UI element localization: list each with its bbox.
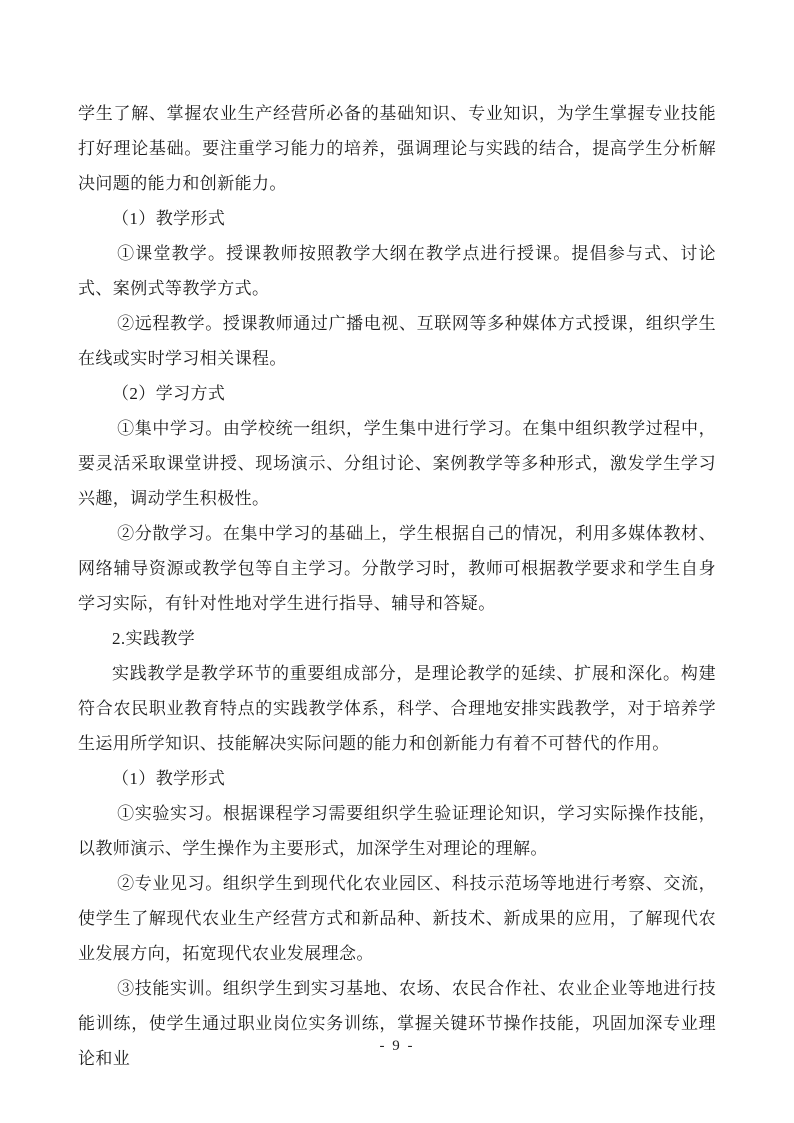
item-centralized-learning: ①集中学习。由学校统一组织，学生集中进行学习。在集中组织教学过程中，要灵活采取课… — [78, 411, 716, 516]
item-skill-training: ③技能实训。组织学生到实习基地、农场、农民合作社、农业企业等地进行技能训练，使学… — [78, 971, 716, 1076]
heading-learning-method: （2）学习方式 — [78, 376, 716, 411]
item-experiment-practice: ①实验实习。根据课程学习需要组织学生验证理论知识，学习实际操作技能，以教师演示、… — [78, 796, 716, 866]
heading-practical-teaching: 2.实践教学 — [78, 621, 716, 656]
para-intro-continued: 学生了解、掌握农业生产经营所必备的基础知识、专业知识，为学生掌握专业技能打好理论… — [78, 96, 716, 201]
item-decentralized-learning: ②分散学习。在集中学习的基础上，学生根据自己的情况，利用多媒体教材、网络辅导资源… — [78, 516, 716, 621]
heading-teaching-form-practical: （1）教学形式 — [78, 761, 716, 796]
item-professional-observation: ②专业见习。组织学生到现代化农业园区、科技示范场等地进行考察、交流，使学生了解现… — [78, 866, 716, 971]
para-practical-teaching-intro: 实践教学是教学环节的重要组成部分，是理论教学的延续、扩展和深化。构建符合农民职业… — [78, 656, 716, 761]
page-number: - 9 - — [0, 1038, 794, 1055]
document-page-body: 学生了解、掌握农业生产经营所必备的基础知识、专业知识，为学生掌握专业技能打好理论… — [78, 96, 716, 1076]
item-classroom-teaching: ①课堂教学。授课教师按照教学大纲在教学点进行授课。提倡参与式、讨论式、案例式等教… — [78, 236, 716, 306]
heading-teaching-form-theory: （1）教学形式 — [78, 201, 716, 236]
item-distance-teaching: ②远程教学。授课教师通过广播电视、互联网等多种媒体方式授课，组织学生在线或实时学… — [78, 306, 716, 376]
